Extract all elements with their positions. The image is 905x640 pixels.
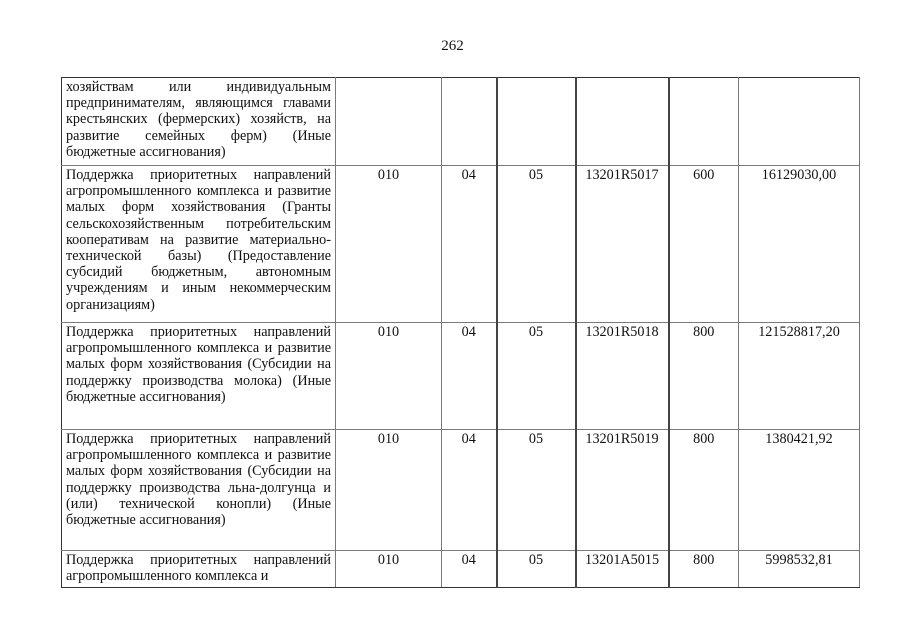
subsection-code-cell: 05	[497, 166, 576, 323]
amount-cell	[739, 78, 860, 166]
section-code-cell: 04	[442, 323, 497, 430]
amount-cell: 121528817,20	[739, 323, 860, 430]
ministry-code-cell: 010	[336, 551, 442, 588]
description-cell: Поддержка приоритетных направлений агроп…	[62, 430, 336, 551]
description-cell: Поддержка приоритетных направлений агроп…	[62, 166, 336, 323]
table-row: Поддержка приоритетных направлений агроп…	[62, 551, 860, 588]
expense-type-cell: 800	[669, 323, 739, 430]
expense-type-cell: 800	[669, 551, 739, 588]
expense-type-cell: 600	[669, 166, 739, 323]
ministry-code-cell: 010	[336, 166, 442, 323]
amount-cell: 5998532,81	[739, 551, 860, 588]
subsection-code-cell: 05	[497, 551, 576, 588]
subsection-code-cell	[497, 78, 576, 166]
amount-cell: 1380421,92	[739, 430, 860, 551]
ministry-code-cell: 010	[336, 323, 442, 430]
section-code-cell: 04	[442, 430, 497, 551]
table-row: хозяйствам или индивидуальным предприним…	[62, 78, 860, 166]
table-row: Поддержка приоритетных направлений агроп…	[62, 166, 860, 323]
subsection-code-cell: 05	[497, 430, 576, 551]
table-row: Поддержка приоритетных направлений агроп…	[62, 430, 860, 551]
section-code-cell: 04	[442, 166, 497, 323]
subsection-code-cell: 05	[497, 323, 576, 430]
amount-cell: 16129030,00	[739, 166, 860, 323]
table-row: Поддержка приоритетных направлений агроп…	[62, 323, 860, 430]
ministry-code-cell	[336, 78, 442, 166]
target-article-cell: 13201R5017	[576, 166, 669, 323]
target-article-cell: 13201R5018	[576, 323, 669, 430]
target-article-cell: 13201R5019	[576, 430, 669, 551]
expense-type-cell: 800	[669, 430, 739, 551]
target-article-cell: 13201A5015	[576, 551, 669, 588]
description-cell: Поддержка приоритетных направлений агроп…	[62, 551, 336, 588]
target-article-cell	[576, 78, 669, 166]
expense-type-cell	[669, 78, 739, 166]
description-cell: Поддержка приоритетных направлений агроп…	[62, 323, 336, 430]
description-cell: хозяйствам или индивидуальным предприним…	[62, 78, 336, 166]
page-number: 262	[0, 38, 905, 55]
ministry-code-cell: 010	[336, 430, 442, 551]
section-code-cell: 04	[442, 551, 497, 588]
budget-table: хозяйствам или индивидуальным предприним…	[61, 77, 860, 588]
section-code-cell	[442, 78, 497, 166]
